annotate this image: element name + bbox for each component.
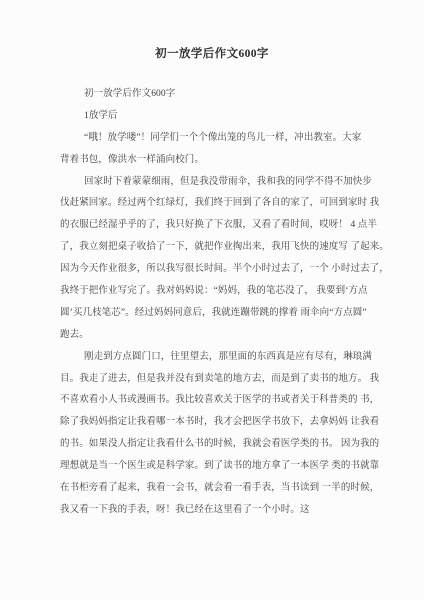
paragraph: 回家时下着蒙蒙细雨，但是我没带雨伞，我和我的同学不得不加快步 伐赶紧回家。经过两…	[60, 172, 372, 347]
text-line: 1放学后	[60, 106, 372, 128]
text-line: 了，我立刻把桌子收拾了一下，就把作业掏出来，我用飞快的速度写 了起来。	[60, 237, 372, 259]
text-line: 刚走到方点圆门口，往里望去，那里面的东西真是应有尽有，琳琅满	[60, 347, 372, 369]
text-line: 因为今天作业很多，所以我写很长时间。半个小时过去了，一个 小时过去了，	[60, 259, 372, 281]
text-line: 圆’买几枝笔芯”。经过妈妈同意后，我就连蹦带跳的撑着 雨伞向“方点圆”	[60, 303, 372, 325]
text-line: 回家时下着蒙蒙细雨，但是我没带雨伞，我和我的同学不得不加快步	[60, 172, 372, 194]
text-line: 伐赶紧回家。经过两个红绿灯，我们终于回到了各自的家了，可回到家时 我	[60, 193, 372, 215]
text-line: 我终于把作业写完了。我对妈妈说：“妈妈，我的笔芯没了， 我要到‘方点	[60, 281, 372, 303]
paragraph: 1放学后	[60, 106, 372, 128]
text-line: 不喜欢看小人书或漫画书。我比较喜欢关于医学的书或者关于科普类的 书，	[60, 390, 372, 412]
document-title: 初一放学后作文600字	[0, 0, 424, 62]
text-line: 理想就是当一个医生或是科学家。到了读书的地方拿了一本医学 类的书就靠	[60, 456, 372, 478]
document-page: 初一放学后作文600字 初一放学后作文600字 1放学后 “哦！放学喽”！同学们…	[0, 0, 424, 600]
text-line: 的衣服已经湿乎乎的了，我只好换了下衣服，又看了看时间，哎呀！ 4 点半	[60, 215, 372, 237]
paragraph: 刚走到方点圆门口，往里望去，那里面的东西真是应有尽有，琳琅满 目。我走了进去，但…	[60, 347, 372, 522]
text-line: 除了我妈妈指定让我看哪一本书时，我才会把医学书放下，去拿妈妈 让我看	[60, 412, 372, 434]
document-body: 初一放学后作文600字 1放学后 “哦！放学喽”！同学们一个个像出笼的鸟儿一样，…	[0, 84, 424, 522]
paragraph: “哦！放学喽”！同学们一个个像出笼的鸟儿一样，冲出教室。大家 背着书包，像洪水一…	[60, 128, 372, 172]
text-line: 初一放学后作文600字	[60, 84, 372, 106]
text-line: 的书。如果没人指定让我看什么书的时候，我就会看医学类的书。 因为我的	[60, 434, 372, 456]
text-line: 目。我走了进去，但是我并没有到卖笔的地方去，而是到了卖书的地方。 我	[60, 369, 372, 391]
text-line: 我又看一下我的手表，呀！我已经在这里看了一个小时。这	[60, 500, 372, 522]
text-line: “哦！放学喽”！同学们一个个像出笼的鸟儿一样，冲出教室。大家	[60, 128, 372, 150]
text-line: 背着书包，像洪水一样涌向校门。	[60, 150, 372, 172]
text-line: 在书柜旁看了起来，我看一会书，就会看一看手表，当书读到 一半的时候，	[60, 478, 372, 500]
text-line: 跑去。	[60, 325, 372, 347]
paragraph: 初一放学后作文600字	[60, 84, 372, 106]
